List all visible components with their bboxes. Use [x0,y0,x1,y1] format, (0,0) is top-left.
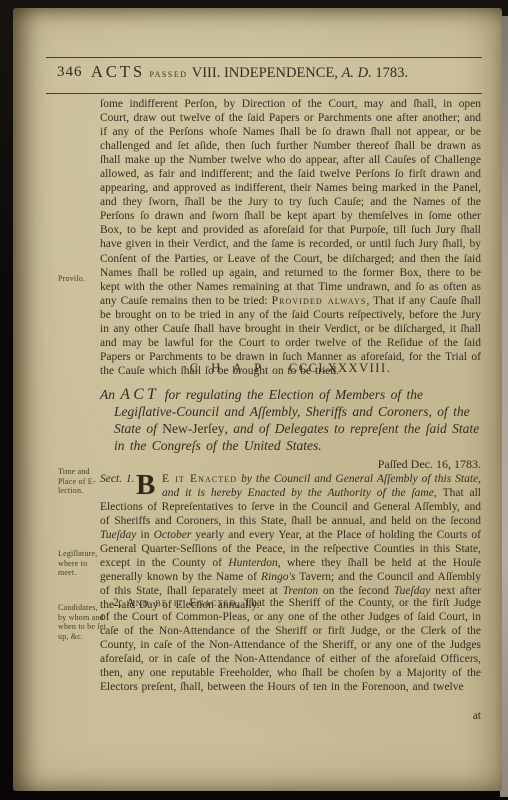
act-title: An ACT for regulating the Election of Me… [100,387,484,455]
passed-date: Paſſed Dec. 16, 1783. [100,457,508,472]
drop-cap-B: B [136,472,162,499]
chapter-number: CCCLXXXVIII. [289,361,391,375]
chapter-label: C H A P. [190,361,273,375]
section-1: Sect. 1.BE it Enacted by the Council and… [100,472,481,612]
header-rule-top [46,57,482,58]
running-header: ACTS passed VIII. INDEPENDENCE, A. D. 17… [91,62,481,82]
chapter-heading: C H A P.CCCLXXXVIII. [100,361,481,376]
paragraph-jury-drawing: ſome indifferent Perſon, by Direction of… [100,97,481,378]
catchword: at [100,710,508,722]
page-number: 346 [57,64,83,81]
page-paper: 346 ACTS passed VIII. INDEPENDENCE, A. D… [13,8,502,791]
section-2: 2. And be it Enacted, That the Sheriff o… [100,596,481,694]
section-1-label: Sect. 1. [100,472,136,485]
header-rule-bottom [46,93,482,94]
book-page-scan: 346 ACTS passed VIII. INDEPENDENCE, A. D… [0,0,508,800]
